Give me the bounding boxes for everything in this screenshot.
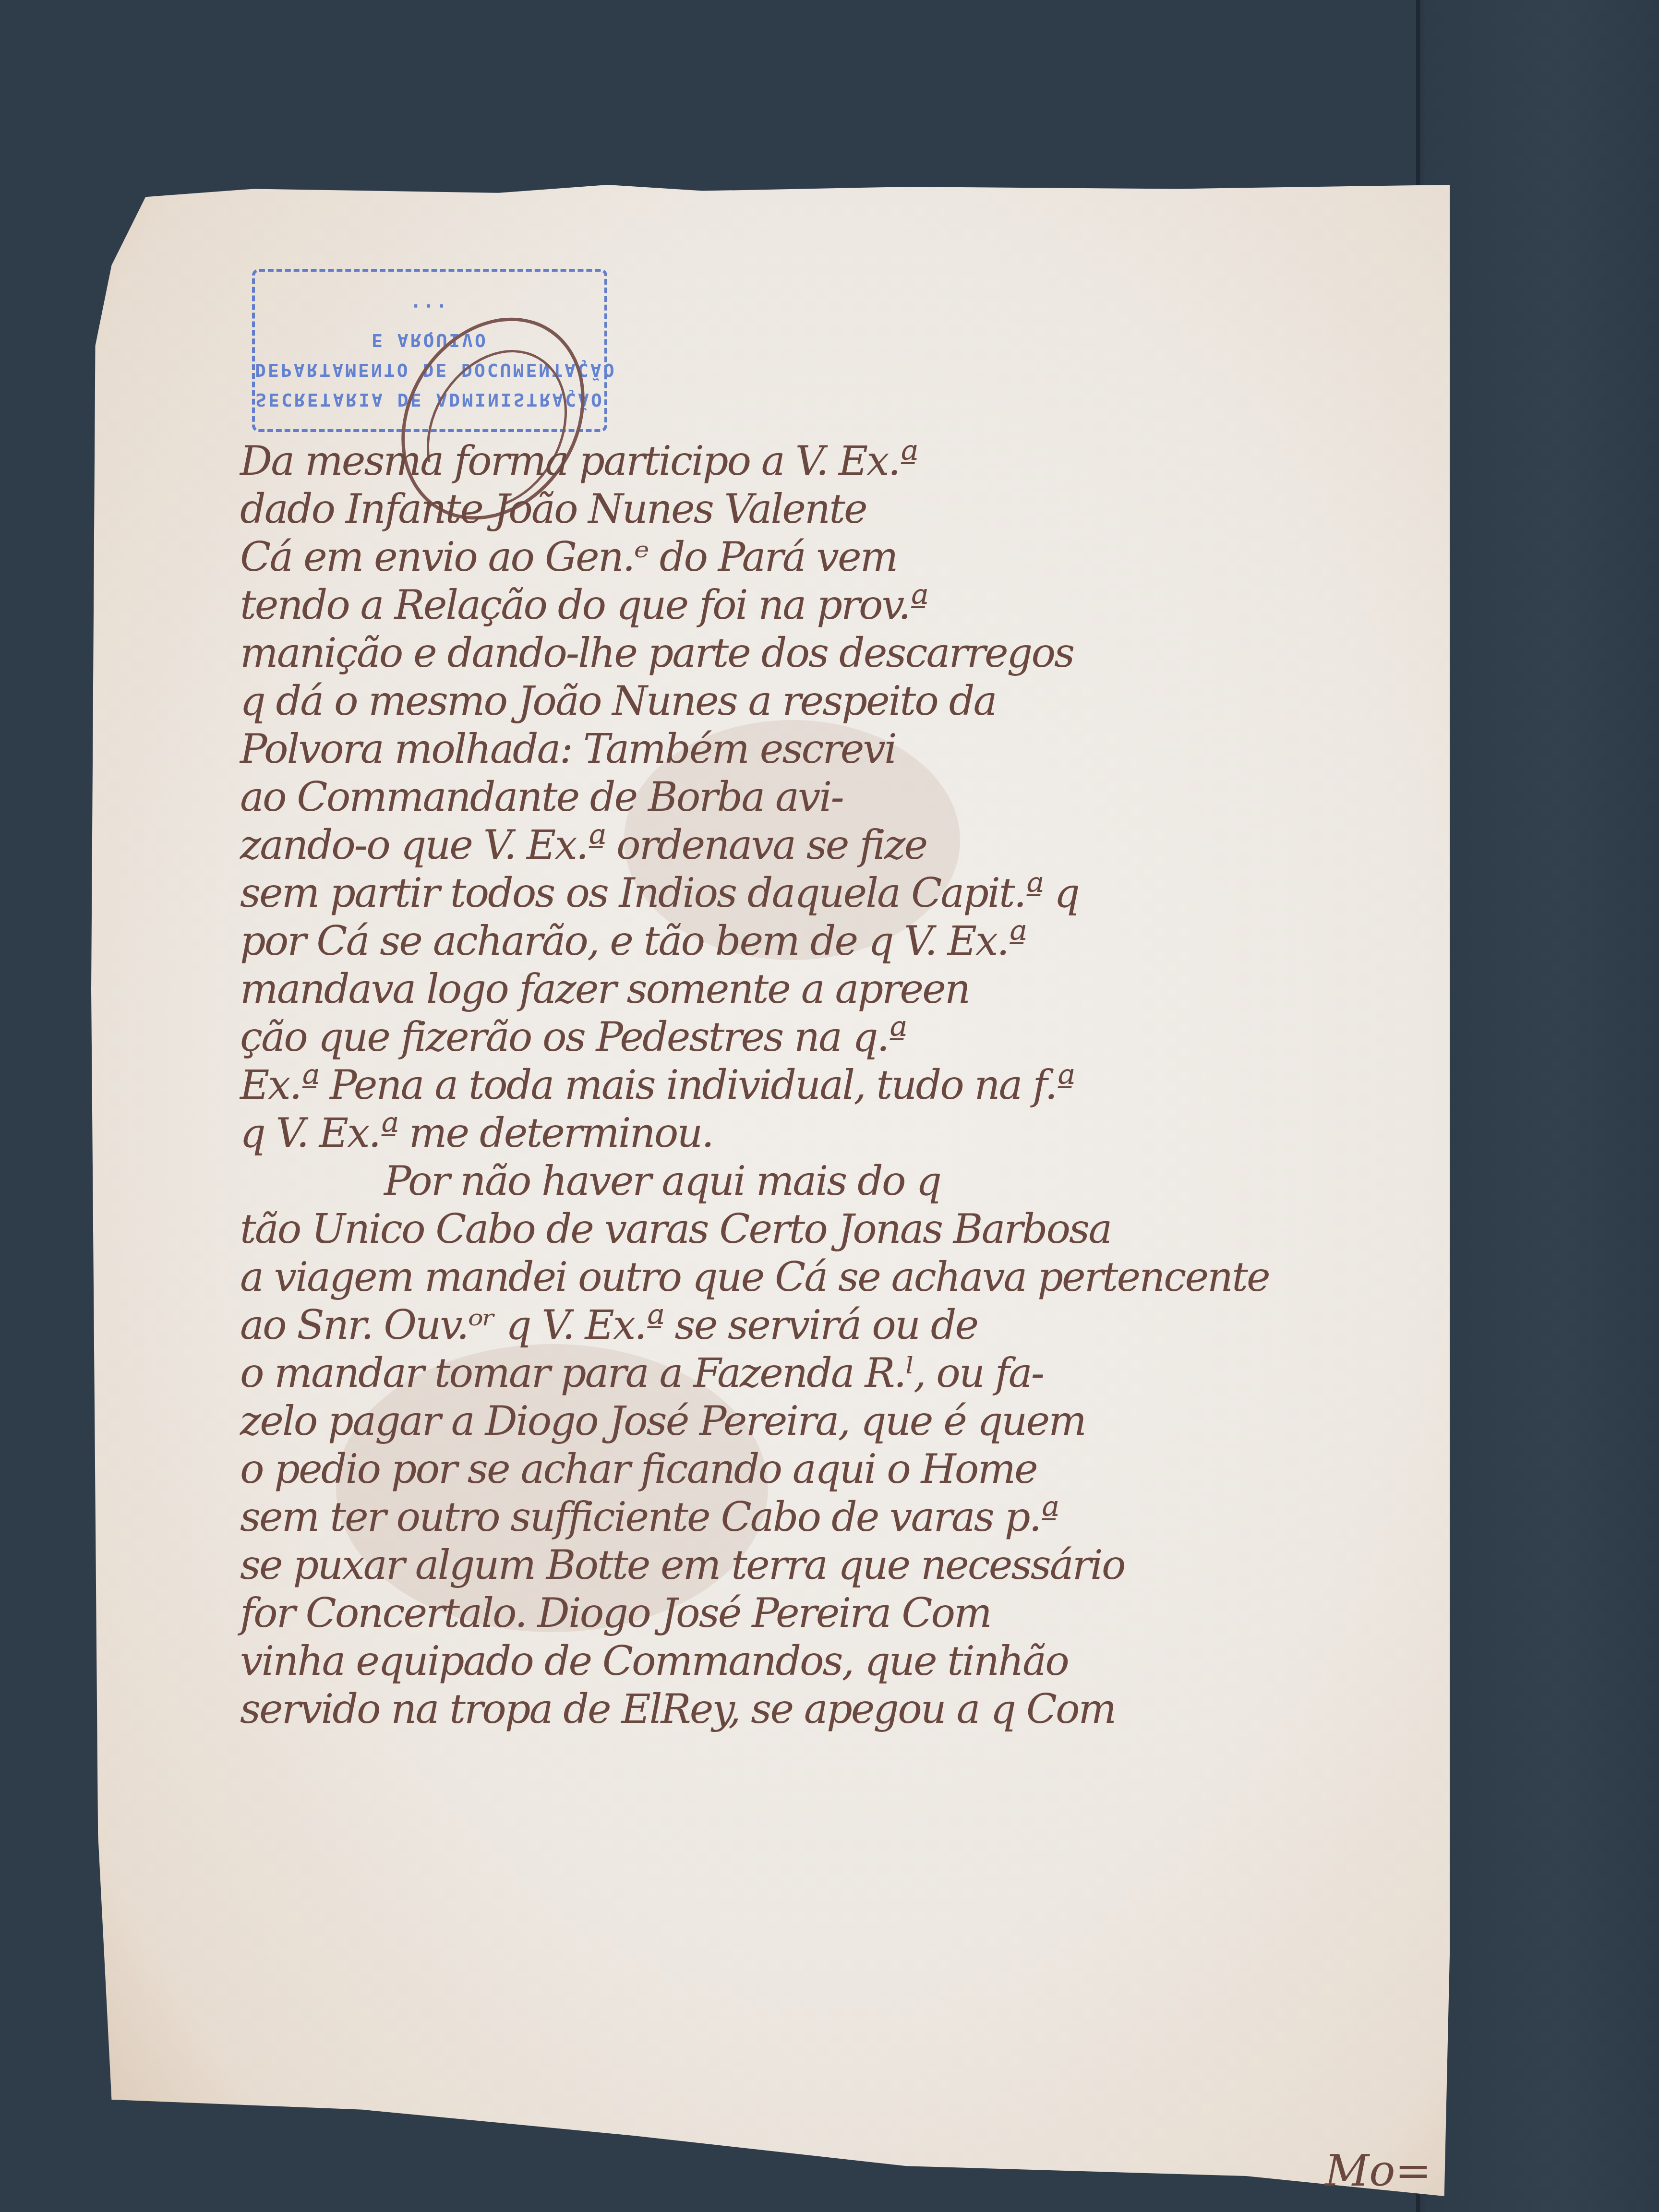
text-line: o pedio por se achar ficando aqui o Home: [240, 1445, 1431, 1493]
stamp-line: ...: [255, 296, 604, 325]
text-line: ao Snr. Ouv.ᵒʳ q V. Ex.ª se servirá ou d…: [240, 1301, 1431, 1349]
text-line: tão Unico Cabo de varas Certo Jonas Barb…: [240, 1205, 1431, 1253]
text-line: for Concertalo. Diogo José Pereira Com: [240, 1589, 1431, 1637]
text-line: Ex.ª Pena a toda mais individual, tudo n…: [240, 1061, 1431, 1109]
text-line: vinha equipado de Commandos, que tinhão: [240, 1637, 1431, 1685]
text-line: mandava logo fazer somente a apreen: [240, 965, 1431, 1013]
text-line: Cá em envio ao Gen.ᵉ do Pará vem: [240, 533, 1431, 581]
text-line: dado Infante João Nunes Valente: [240, 485, 1431, 533]
text-line: sem partir todos os Indios daquela Capit…: [240, 869, 1431, 917]
text-line: q dá o mesmo João Nunes a respeito da: [240, 677, 1431, 725]
text-line: sem ter outro sufficiente Cabo de varas …: [240, 1493, 1431, 1541]
text-line: tendo a Relação do que foi na prov.ª: [240, 581, 1431, 629]
text-line: ção que fizerão os Pedestres na q.ª: [240, 1013, 1431, 1061]
catchword: Mo=: [1325, 2146, 1431, 2196]
text-line: a viagem mandei outro que Cá se achava p…: [240, 1253, 1431, 1301]
text-line: manição e dando-lhe parte dos descarrego…: [240, 629, 1431, 677]
text-line: o mandar tomar para a Fazenda R.ˡ, ou fa…: [240, 1349, 1431, 1397]
text-line: q V. Ex.ª me determinou.: [240, 1109, 1431, 1157]
text-line: se puxar algum Botte em terra que necess…: [240, 1541, 1431, 1589]
text-line: Por não haver aqui mais do q: [240, 1157, 1431, 1205]
text-line: Polvora molhada: Também escrevi: [240, 725, 1431, 773]
text-line: zando-o que V. Ex.ª ordenava se fize: [240, 821, 1431, 869]
backdrop-panel: [1416, 0, 1659, 2212]
text-line: ao Commandante de Borba avi-: [240, 773, 1431, 821]
text-line: servido na tropa de ElRey, se apegou a q…: [240, 1685, 1431, 1733]
manuscript-text: Da mesma forma participo a V. Ex.ª dado …: [240, 437, 1431, 1733]
text-line: Da mesma forma participo a V. Ex.ª: [240, 437, 1431, 485]
text-line: por Cá se acharão, e tão bem de q V. Ex.…: [240, 917, 1431, 965]
text-line: zelo pagar a Diogo José Pereira, que é q…: [240, 1397, 1431, 1445]
